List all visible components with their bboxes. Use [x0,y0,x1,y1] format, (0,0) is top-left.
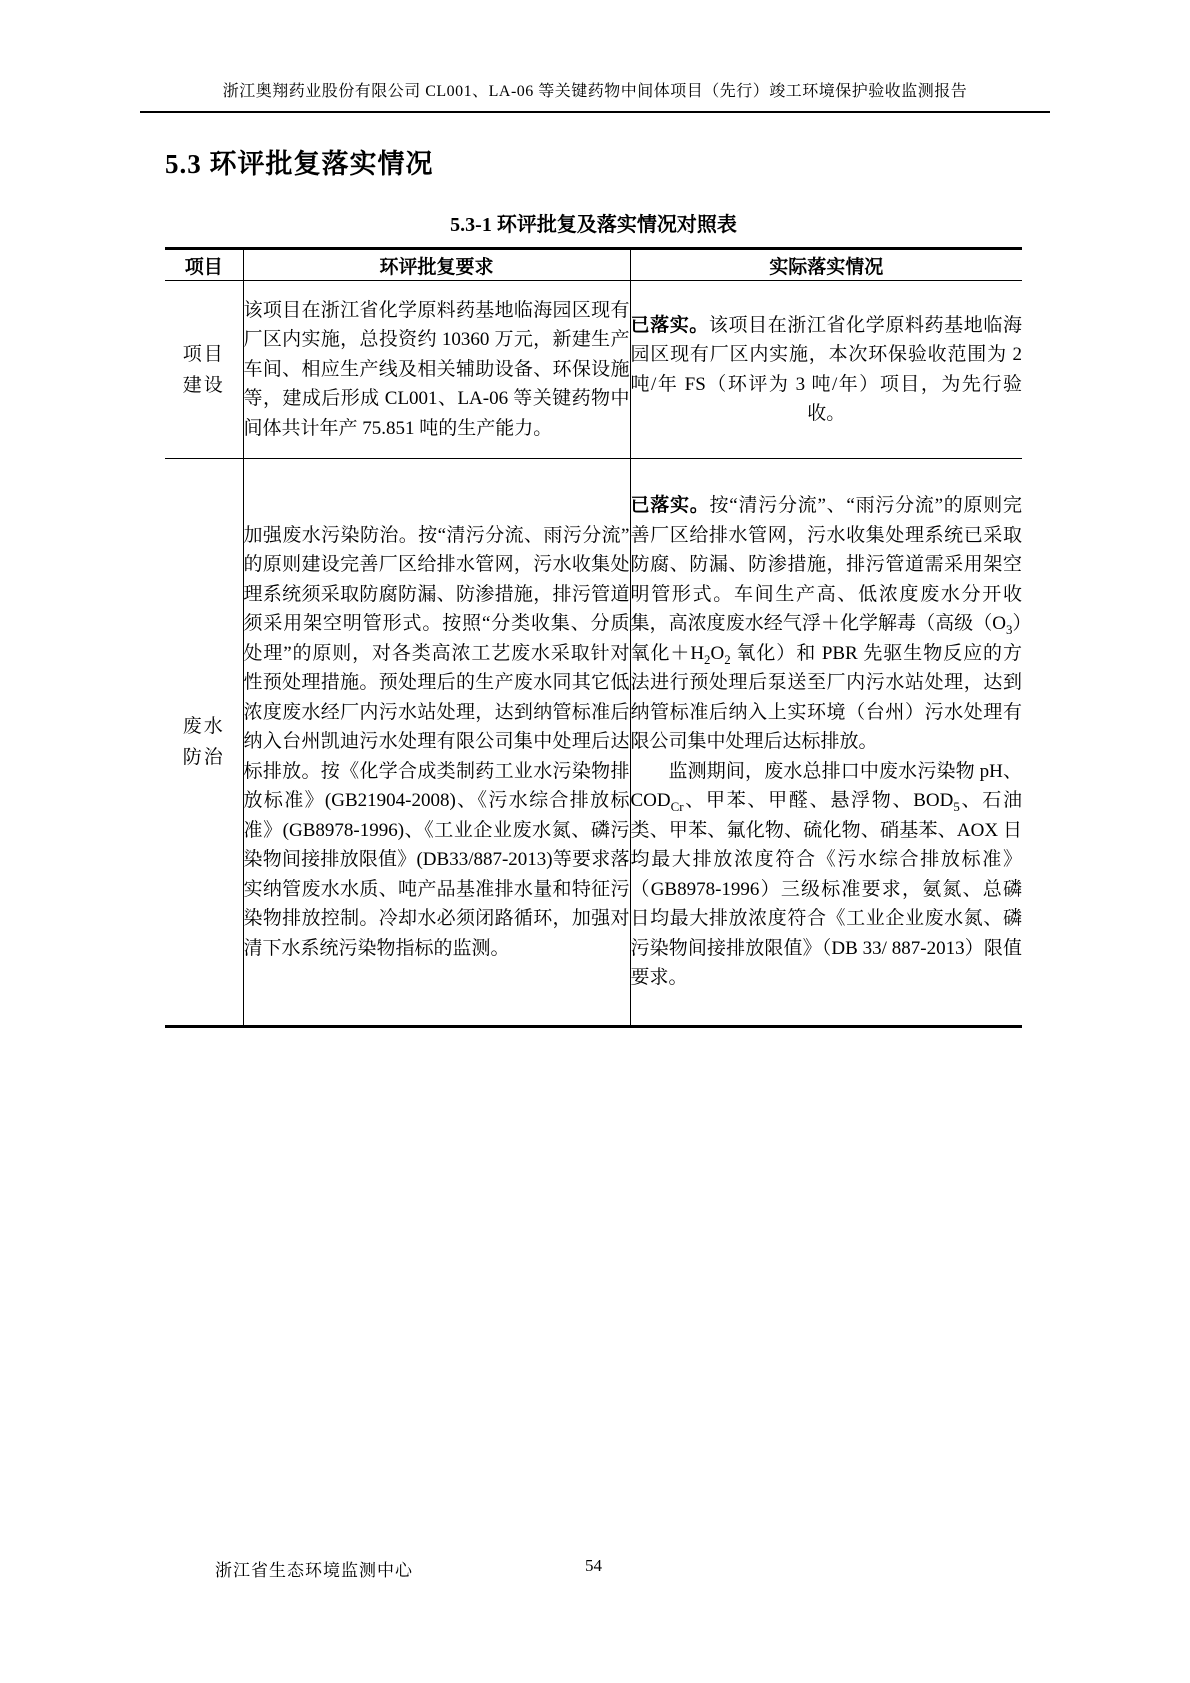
row-item-label-line: 废水 [165,711,243,742]
row-item-label: 项目 建设 [165,281,243,459]
col-header-requirement: 环评批复要求 [243,249,630,281]
col-header-implementation: 实际落实情况 [630,249,1022,281]
row-item-label: 废水 防治 [165,459,243,1027]
implementation-paragraph: 监测期间，废水总排口中废水污染物 pH、CODCr、甲苯、甲醛、悬浮物、BOD5… [631,757,1023,993]
row-item-label-line: 项目 [165,339,243,370]
section-heading: 5.3 环评批复落实情况 [165,142,434,181]
running-header: 浙江奥翔药业股份有限公司 CL001、LA-06 等关键药物中间体项目（先行）竣… [140,80,1050,113]
row-item-label-line: 防治 [165,742,243,773]
table-row: 项目 建设 该项目在浙江省化学原料药基地临海园区现有厂区内实施，总投资约 103… [165,281,1022,459]
requirement-text: 该项目在浙江省化学原料药基地临海园区现有厂区内实施，总投资约 10360 万元，… [243,281,630,459]
col-header-item: 项目 [165,249,243,281]
comparison-table: 项目 环评批复要求 实际落实情况 项目 建设 该项目在浙江省化学原料药基地临海园… [165,247,1022,1028]
report-page: 浙江奥翔药业股份有限公司 CL001、LA-06 等关键药物中间体项目（先行）竣… [0,0,1190,1683]
table-row: 废水 防治 加强废水污染防治。按“清污分流、雨污分流”的原则建设完善厂区给排水管… [165,459,1022,1027]
implementation-text: 已落实。按“清污分流”、“雨污分流”的原则完善厂区给排水管网，污水收集处理系统已… [630,459,1022,1027]
requirement-text: 加强废水污染防治。按“清污分流、雨污分流”的原则建设完善厂区给排水管网，污水收集… [243,459,630,1027]
row-item-label-line: 建设 [165,370,243,401]
table-caption: 5.3-1 环评批复及落实情况对照表 [165,208,1022,237]
implementation-paragraph: 已落实。按“清污分流”、“雨污分流”的原则完善厂区给排水管网，污水收集处理系统已… [631,491,1023,757]
implementation-text: 已落实。该项目在浙江省化学原料药基地临海园区现有厂区内实施，本次环保验收范围为 … [630,281,1022,459]
table-header-row: 项目 环评批复要求 实际落实情况 [165,249,1022,281]
page-number: 54 [165,1556,1022,1576]
